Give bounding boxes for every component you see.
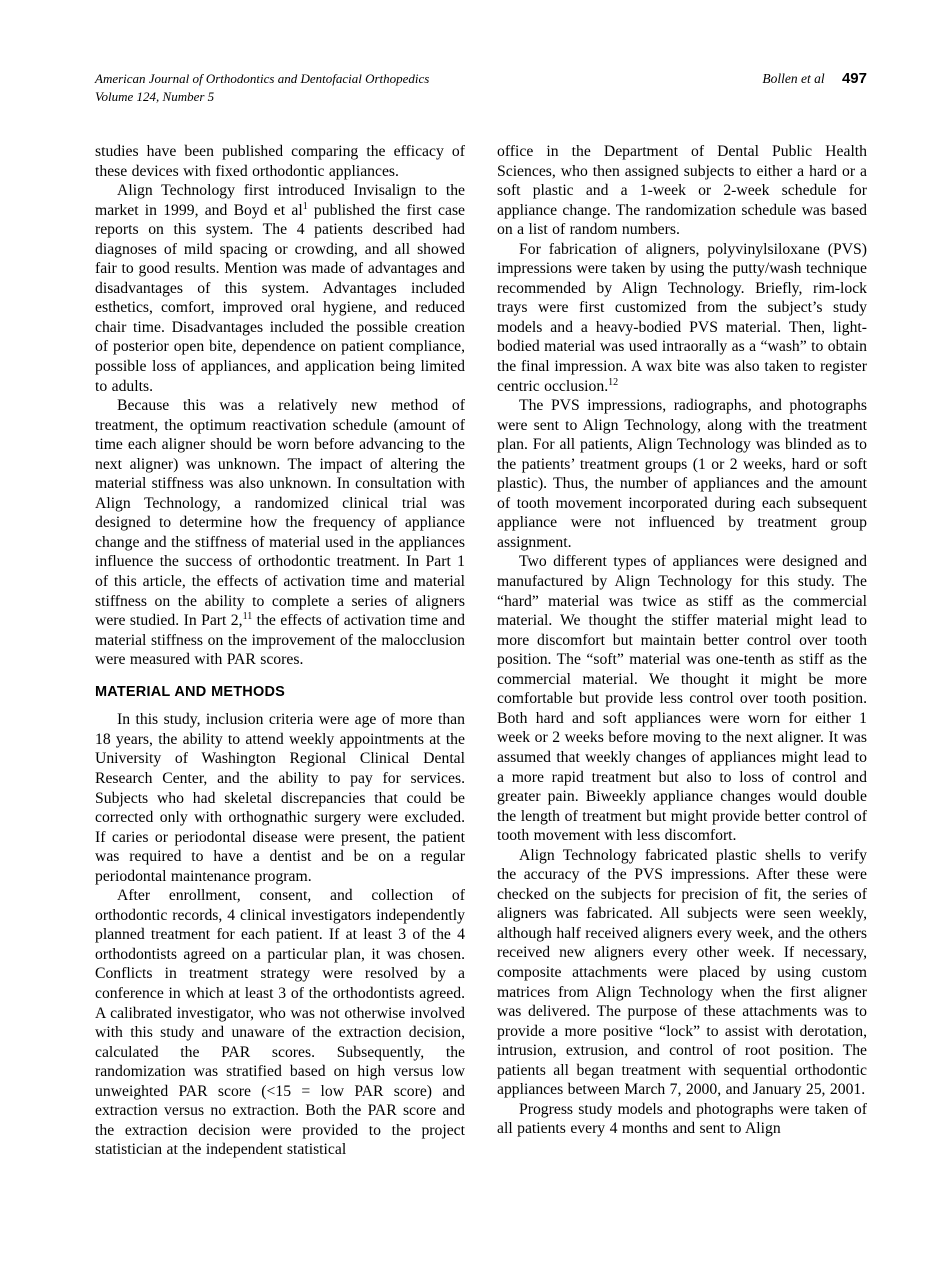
right-column: office in the Department of Dental Publi… [497,142,867,1160]
reference-superscript: 12 [608,376,618,387]
page-header: American Journal of Orthodontics and Den… [95,70,867,105]
left-column: studies have been published comparing th… [95,142,465,1160]
paragraph: Two different types of appliances were d… [497,552,867,845]
paragraph: office in the Department of Dental Publi… [497,142,867,240]
reference-superscript: 11 [243,611,253,622]
journal-volume: Volume 124, Number 5 [95,88,429,106]
running-authors: Bollen et al [762,71,824,86]
paragraph: After enrollment, consent, and collectio… [95,886,465,1160]
journal-page: American Journal of Orthodontics and Den… [0,0,950,1272]
paragraph: Because this was a relatively new method… [95,396,465,670]
paragraph: studies have been published comparing th… [95,142,465,181]
paragraph: The PVS impressions, radiographs, and ph… [497,396,867,552]
reference-superscript: 1 [303,200,308,211]
journal-info: American Journal of Orthodontics and Den… [95,70,429,105]
paragraph: For fabrication of aligners, polyvinylsi… [497,240,867,396]
journal-title: American Journal of Orthodontics and Den… [95,70,429,88]
page-info: Bollen et al 497 [762,70,867,88]
page-number: 497 [842,70,867,87]
section-heading: MATERIAL AND METHODS [95,683,465,703]
paragraph: In this study, inclusion criteria were a… [95,710,465,886]
article-body: studies have been published comparing th… [95,142,867,1160]
paragraph: Align Technology fabricated plastic shel… [497,846,867,1100]
paragraph: Progress study models and photographs we… [497,1100,867,1139]
paragraph: Align Technology first introduced Invisa… [95,181,465,396]
